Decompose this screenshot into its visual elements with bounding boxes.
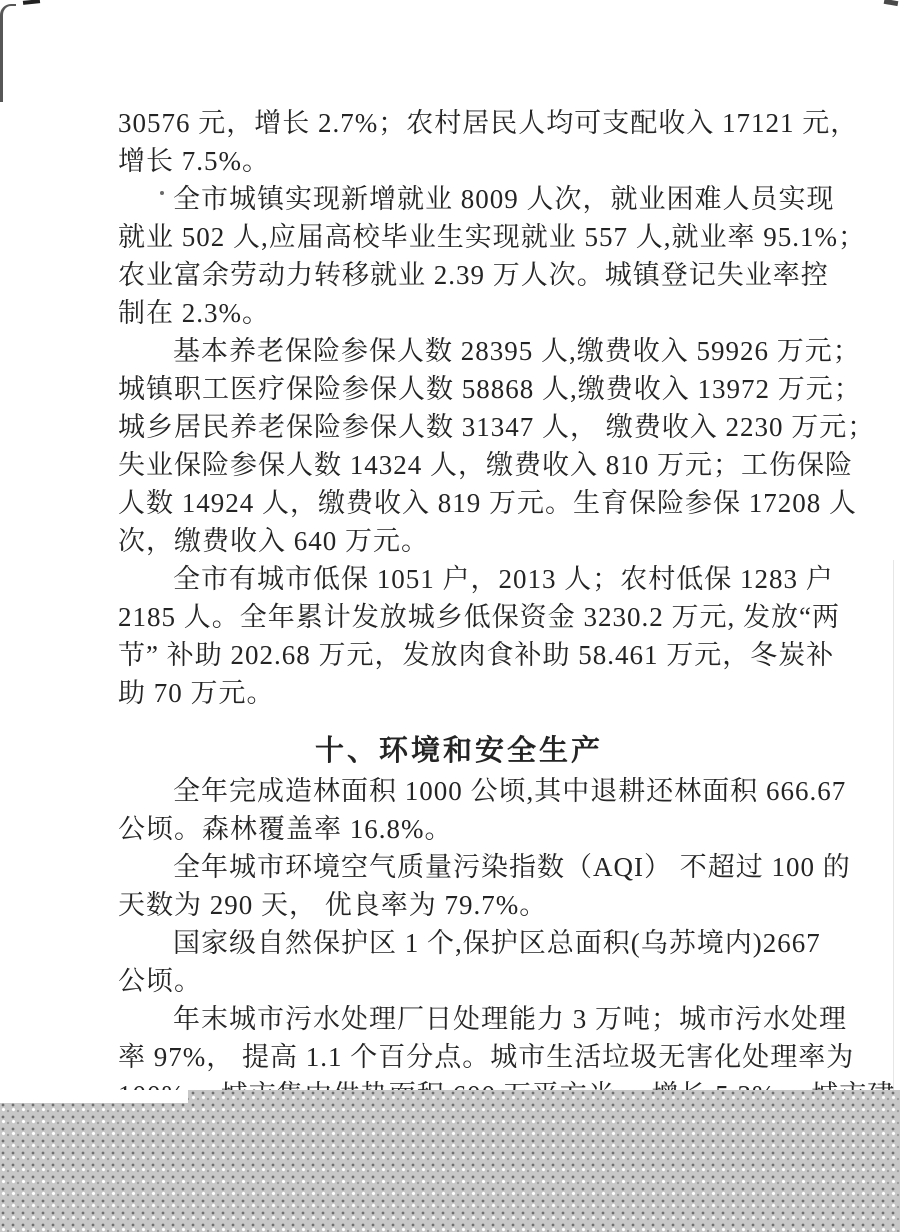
text-line: 年末城市污水处理厂日处理能力 3 万吨；城市污水处理 [118,1000,786,1038]
text-line: 全市有城市低保 1051 户，2013 人；农村低保 1283 户 [118,560,786,598]
text-line: 人数 14924 人，缴费收入 819 万元。生育保险参保 17208 人 [118,484,786,522]
document-text: 30576 元，增长 2.7%；农村居民人均可支配收入 17121 元，增长 7… [118,104,786,1114]
scanner-halftone-band [0,1090,900,1232]
text-line: 就业 502 人,应届高校毕业生实现就业 557 人,就业率 95.1%； [118,218,786,256]
text-line: 城镇职工医疗保险参保人数 58868 人,缴费收入 13972 万元； [118,370,786,408]
section-heading: 十、环境和安全生产 [118,730,786,772]
text-line: 增长 7.5%。 [118,142,786,180]
text-line: 助 70 万元。 [118,674,786,712]
text-line: 城乡居民养老保险参保人数 31347 人， 缴费收入 2230 万元； [118,408,786,446]
text-line: 节” 补助 202.68 万元，发放肉食补助 58.461 万元，冬炭补 [118,636,786,674]
scan-right-edge-shadow [893,560,894,1090]
text-line: 公顷。森林覆盖率 16.8%。 [118,810,786,848]
paragraphs-employment-social-security: 30576 元，增长 2.7%；农村居民人均可支配收入 17121 元，增长 7… [118,104,786,712]
scan-top-right-edge-mark [884,0,899,6]
text-line: 公顷。 [118,962,786,1000]
scan-top-edge-mark [23,0,40,5]
text-line: 国家级自然保护区 1 个,保护区总面积(乌苏境内)2667 [118,924,786,962]
text-line: 农业富余劳动力转移就业 2.39 万人次。城镇登记失业率控 [118,256,786,294]
halftone-band-notch [0,1090,188,1103]
text-line: 全市城镇实现新增就业 8009 人次，就业困难人员实现 [118,180,786,218]
scanned-document-page: 30576 元，增长 2.7%；农村居民人均可支配收入 17121 元，增长 7… [0,0,900,1232]
text-line: 30576 元，增长 2.7%；农村居民人均可支配收入 17121 元， [118,104,786,142]
text-line: 制在 2.3%。 [118,294,786,332]
text-line: 基本养老保险参保人数 28395 人,缴费收入 59926 万元； [118,332,786,370]
text-line: 次，缴费收入 640 万元。 [118,522,786,560]
text-line: 全年完成造林面积 1000 公顷,其中退耕还林面积 666.67 [118,772,786,810]
text-line: 率 97%， 提高 1.1 个百分点。城市生活垃圾无害化处理率为 [118,1038,786,1076]
paragraphs-environment-safety: 全年完成造林面积 1000 公顷,其中退耕还林面积 666.67公顷。森林覆盖率… [118,772,786,1114]
text-line: 失业保险参保人数 14324 人，缴费收入 810 万元；工伤保险 [118,446,786,484]
text-line: 2185 人。全年累计发放城乡低保资金 3230.2 万元, 发放“两 [118,598,786,636]
scan-corner-line-artifact [0,4,16,102]
text-line: 全年城市环境空气质量污染指数（AQI） 不超过 100 的 [118,848,786,886]
text-line: 天数为 290 天， 优良率为 79.7%。 [118,886,786,924]
